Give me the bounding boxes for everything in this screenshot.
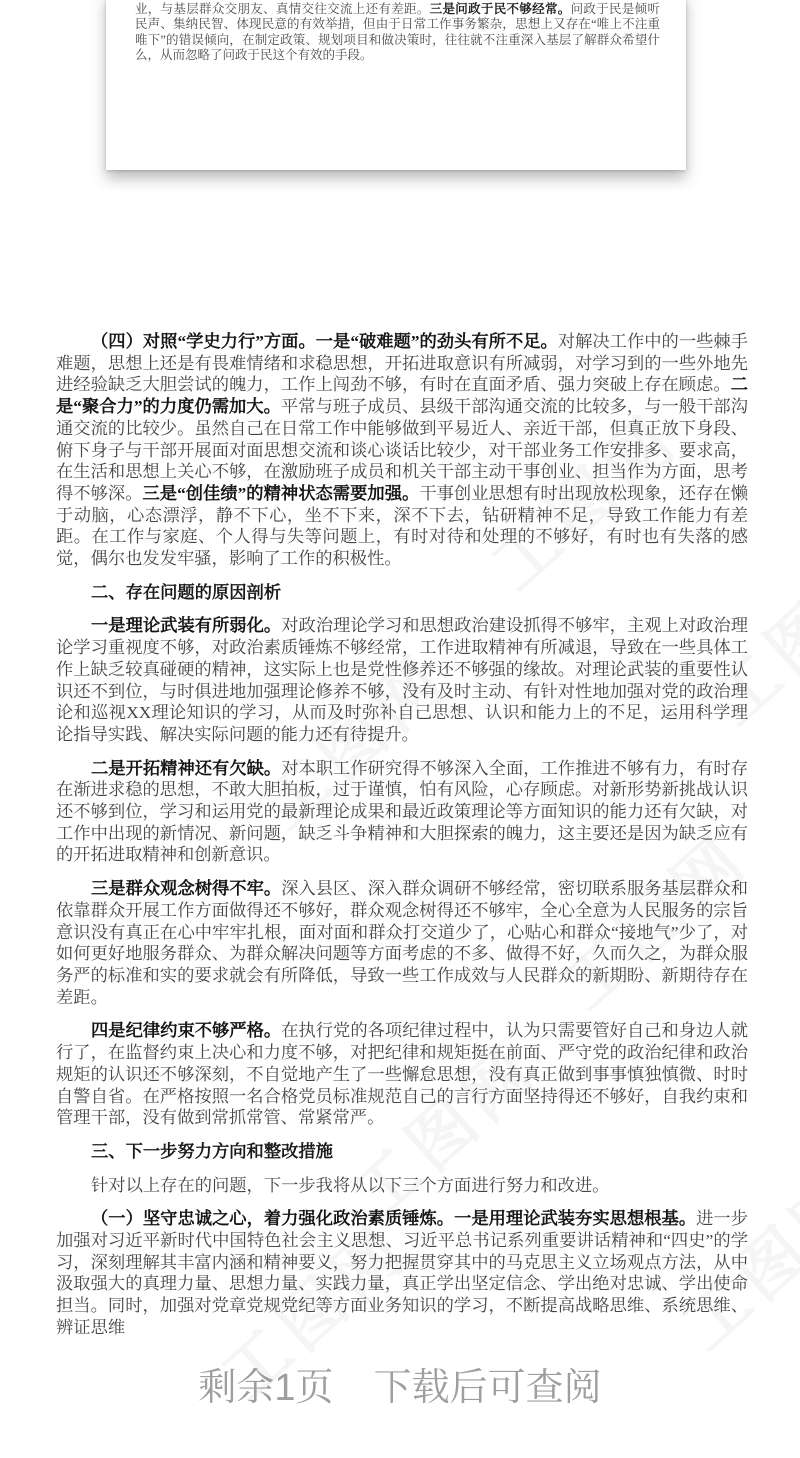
- body-paragraph: （四）对照“学史力行”方面。一是“破难题”的劲头有所不足。对解决工作中的一些棘手…: [56, 331, 748, 570]
- page-one-preview-card: 业，与基层群众交朋友、真情交往交流上还有差距。三是问政于民不够经常。问政于民是倾…: [106, 0, 686, 170]
- bold-run: 三是群众观念树得不牢。: [91, 879, 281, 898]
- body-paragraph: （一）坚守忠诚之心，着力强化政治素质锤炼。一是用理论武装夯实思想根基。进一步加强…: [56, 1208, 748, 1338]
- text-run: 对政治理论学习和思想政治建设抓得不够牢，主观上对政治理论学习重视度不够，对政治素…: [56, 616, 748, 744]
- text-run: 深入县区、深入群众调研不够经常，密切联系服务基层群众和依靠群众开展工作方面做得还…: [56, 879, 748, 1007]
- text-run: 进一步加强对习近平新时代中国特色社会主义思想、习近平总书记系列重要讲话精神和“四…: [56, 1209, 748, 1337]
- download-hint-label: 下载后可查阅: [374, 1367, 602, 1409]
- bold-run: 三是问政于民不够经常。: [430, 2, 571, 16]
- bold-run: 二、存在问题的原因剖析: [91, 583, 281, 602]
- bold-run: 三、下一步努力方向和整改措施: [91, 1142, 333, 1161]
- body-paragraph: 二是开拓精神还有欠缺。对本职工作研究得不够深入全面，工作推进不够有力，有时存在渐…: [56, 758, 748, 867]
- body-paragraph: 针对以上存在的问题，下一步我将从以下三个方面进行努力和改进。: [56, 1175, 748, 1197]
- bold-run: （一）坚守忠诚之心，着力强化政治素质锤炼。一是用理论武装夯实思想根基。: [91, 1209, 696, 1228]
- body-paragraph: 一是理论武装有所弱化。对政治理论学习和思想政治建设抓得不够牢，主观上对政治理论学…: [56, 615, 748, 745]
- section-heading: 三、下一步努力方向和整改措施: [56, 1141, 748, 1163]
- bold-run: 一是理论武装有所弱化。: [91, 616, 281, 635]
- remaining-pages-label: 剩余1页: [198, 1367, 333, 1409]
- page-one-paragraph: 业，与基层群众交朋友、真情交往交流上还有差距。三是问政于民不够经常。问政于民是倾…: [135, 2, 660, 64]
- bold-run: （四）对照“学史力行”方面。一是“破难题”的劲头有所不足。: [91, 332, 558, 351]
- bold-run: 四是纪律约束不够严格。: [91, 1021, 281, 1040]
- remaining-pages-footer: 剩余1页下载后可查阅: [0, 1356, 800, 1411]
- document-preview-page: 工图网工图网工图网工图网工图网工图网工图网 业，与基层群众交朋友、真情交往交流上…: [0, 0, 800, 1458]
- section-heading: 二、存在问题的原因剖析: [56, 582, 748, 604]
- text-run: 业，与基层群众交朋友、真情交往交流上还有差距。: [135, 2, 430, 16]
- body-paragraph: 三是群众观念树得不牢。深入县区、深入群众调研不够经常，密切联系服务基层群众和依靠…: [56, 878, 748, 1008]
- text-run: 针对以上存在的问题，下一步我将从以下三个方面进行努力和改进。: [91, 1176, 609, 1195]
- bold-run: 二是开拓精神还有欠缺。: [91, 759, 281, 778]
- body-paragraph: 四是纪律约束不够严格。在执行党的各项纪律过程中，认为只需要管好自己和身边人就行了…: [56, 1020, 748, 1129]
- bold-run: 三是“创佳绩”的精神状态需要加强。: [143, 484, 420, 503]
- page-two-content: （四）对照“学史力行”方面。一是“破难题”的劲头有所不足。对解决工作中的一些棘手…: [56, 331, 748, 1351]
